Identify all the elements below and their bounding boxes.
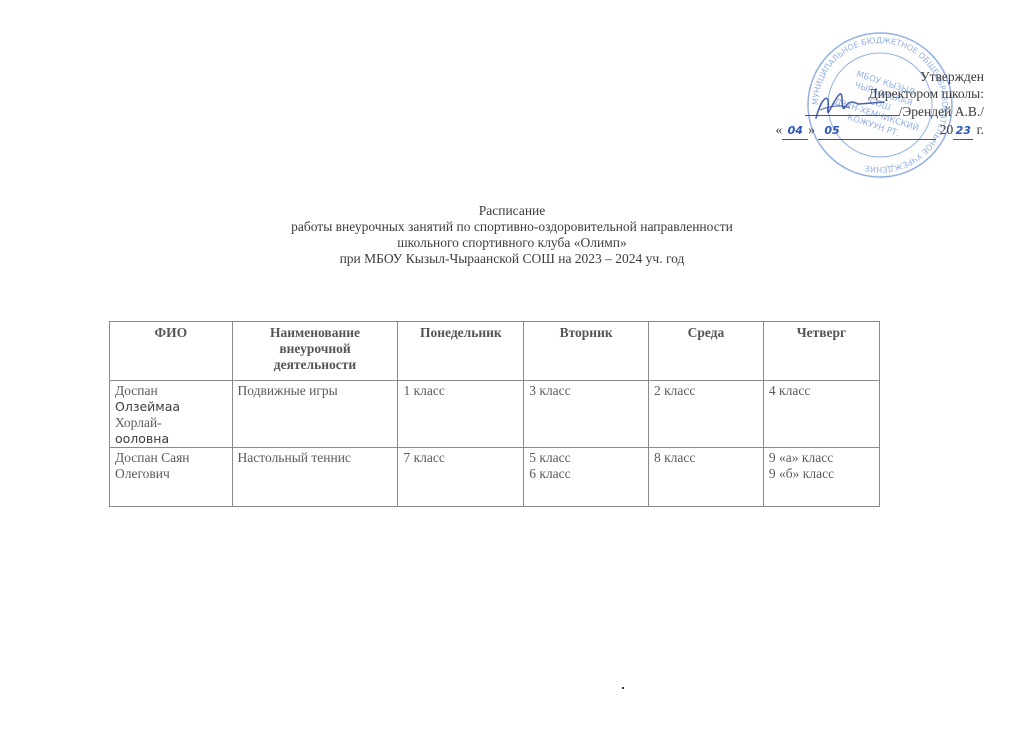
title-line: работы внеурочных занятий по спортивно-о… xyxy=(0,219,1024,235)
header-fio: ФИО xyxy=(110,322,233,381)
scan-speck xyxy=(622,687,624,689)
approved-label: Утвержден xyxy=(775,68,984,85)
table-row: Доспан Олзеймаа Хорлай- ооловна Подвижны… xyxy=(110,381,880,448)
date-year-suffix: 23 xyxy=(953,122,973,140)
document-title: Расписание работы внеурочных занятий по … xyxy=(0,203,1024,267)
cell-tuesday: 5 класс 6 класс xyxy=(524,448,649,507)
cell-wednesday: 2 класс xyxy=(648,381,763,448)
class-entry: 4 класс xyxy=(769,383,874,399)
fio-line: Хорлай- xyxy=(115,415,227,431)
title-line: при МБОУ Кызыл-Чыраанской СОШ на 2023 – … xyxy=(0,251,1024,267)
cell-thursday: 4 класс xyxy=(763,381,879,448)
fio-line: Олегович xyxy=(115,466,227,482)
cell-activity: Подвижные игры xyxy=(232,381,398,448)
header-activity: Наименование внеурочной деятельности xyxy=(232,322,398,381)
class-entry: 6 класс xyxy=(529,466,643,482)
title-line: школьного спортивного клуба «Олимп» xyxy=(0,235,1024,251)
cell-wednesday: 8 класс xyxy=(648,448,763,507)
fio-line: Доспан Саян xyxy=(115,450,227,466)
table-header-row: ФИО Наименование внеурочной деятельности… xyxy=(110,322,880,381)
cell-fio: Доспан Саян Олегович xyxy=(110,448,233,507)
header-wednesday: Среда xyxy=(648,322,763,381)
fio-line: ооловна xyxy=(115,431,227,447)
cell-monday: 1 класс xyxy=(398,381,524,448)
cell-monday: 7 класс xyxy=(398,448,524,507)
fio-line: Олзеймаа xyxy=(115,399,227,415)
director-name: /Эрендей А.В./ xyxy=(899,104,984,119)
date-open-quote: « xyxy=(775,122,782,137)
cell-thursday: 9 «а» класс 9 «б» класс xyxy=(763,448,879,507)
header-thursday: Четверг xyxy=(763,322,879,381)
title-line: Расписание xyxy=(0,203,1024,219)
class-entry: 1 класс xyxy=(403,383,518,399)
fio-line: Доспан xyxy=(115,383,227,399)
class-entry: 7 класс xyxy=(403,450,518,466)
director-signature xyxy=(810,88,890,128)
date-year-prefix: 20 xyxy=(940,122,954,137)
class-entry: 5 класс xyxy=(529,450,643,466)
class-entry: 3 класс xyxy=(529,383,643,399)
header-monday: Понедельник xyxy=(398,322,524,381)
schedule-table: ФИО Наименование внеурочной деятельности… xyxy=(109,321,880,507)
class-entry: 2 класс xyxy=(654,383,758,399)
header-tuesday: Вторник xyxy=(524,322,649,381)
cell-activity: Настольный теннис xyxy=(232,448,398,507)
class-entry: 9 «б» класс xyxy=(769,466,874,482)
class-entry: 8 класс xyxy=(654,450,758,466)
cell-fio: Доспан Олзеймаа Хорлай- ооловна xyxy=(110,381,233,448)
class-entry: 9 «а» класс xyxy=(769,450,874,466)
date-year-unit: г. xyxy=(977,122,984,137)
cell-tuesday: 3 класс xyxy=(524,381,649,448)
table-row: Доспан Саян Олегович Настольный теннис 7… xyxy=(110,448,880,507)
date-day: 04 xyxy=(782,122,808,140)
